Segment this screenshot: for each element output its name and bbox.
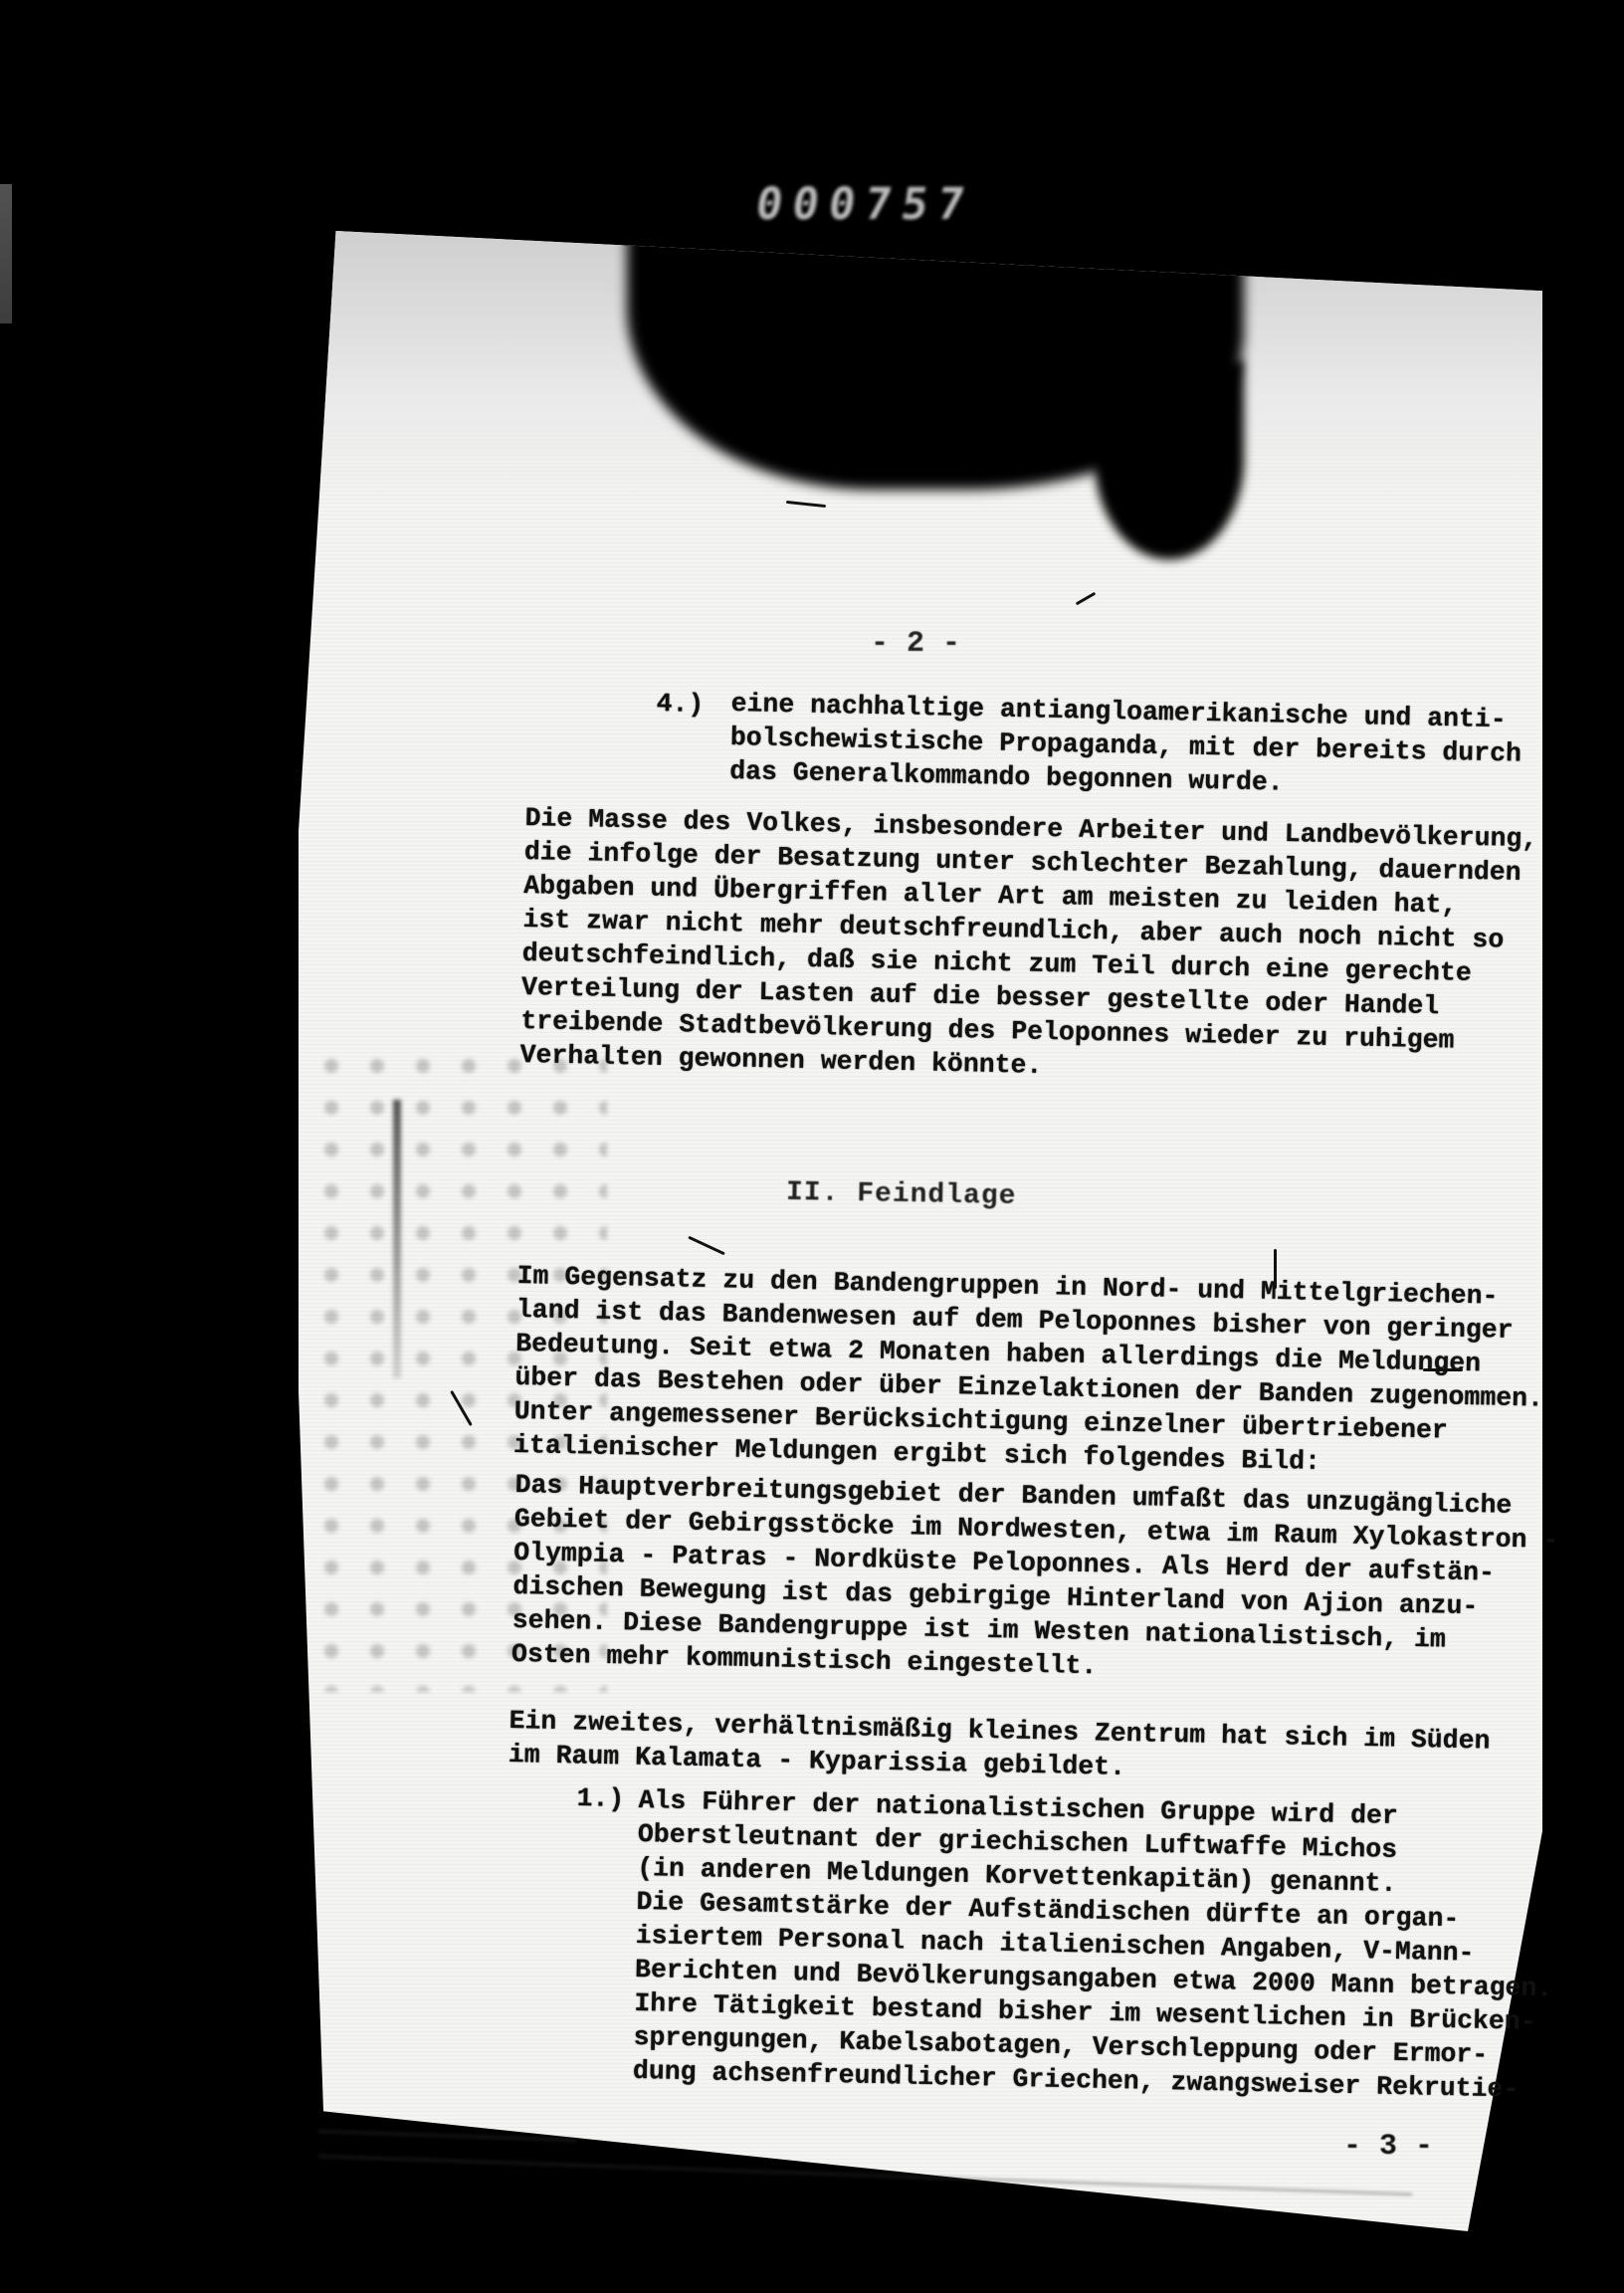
point-4-marker: 4.) xyxy=(656,687,704,722)
film-strip-edge xyxy=(0,184,12,323)
pen-mark xyxy=(1423,1368,1463,1371)
paragraph-main-area: Das Hauptverbreitungsgebiet der Banden u… xyxy=(511,1468,1560,1693)
section-heading-feindlage: II. Feindlage xyxy=(786,1177,1017,1212)
margin-smudge xyxy=(393,1100,401,1378)
point-1-marker: 1.) xyxy=(576,1781,624,1816)
point-1-text: Als Führer der nationalistischen Gruppe … xyxy=(633,1783,1557,2107)
point-4-text: eine nachhaltige antiangloamerikanische … xyxy=(729,687,1522,805)
film-frame-number: 000757 xyxy=(752,179,1058,229)
page-number-header: - 2 - xyxy=(871,627,960,661)
pen-mark xyxy=(1274,1249,1277,1289)
paragraph-population: Die Masse des Volkes, insbesondere Arbei… xyxy=(519,801,1537,1093)
continuation-marker: - 3 - xyxy=(1343,2130,1433,2164)
ink-blot-lower xyxy=(1095,360,1244,559)
paragraph-enemy-situation: Im Gegensatz zu den Bandengruppen in Nor… xyxy=(513,1259,1546,1484)
